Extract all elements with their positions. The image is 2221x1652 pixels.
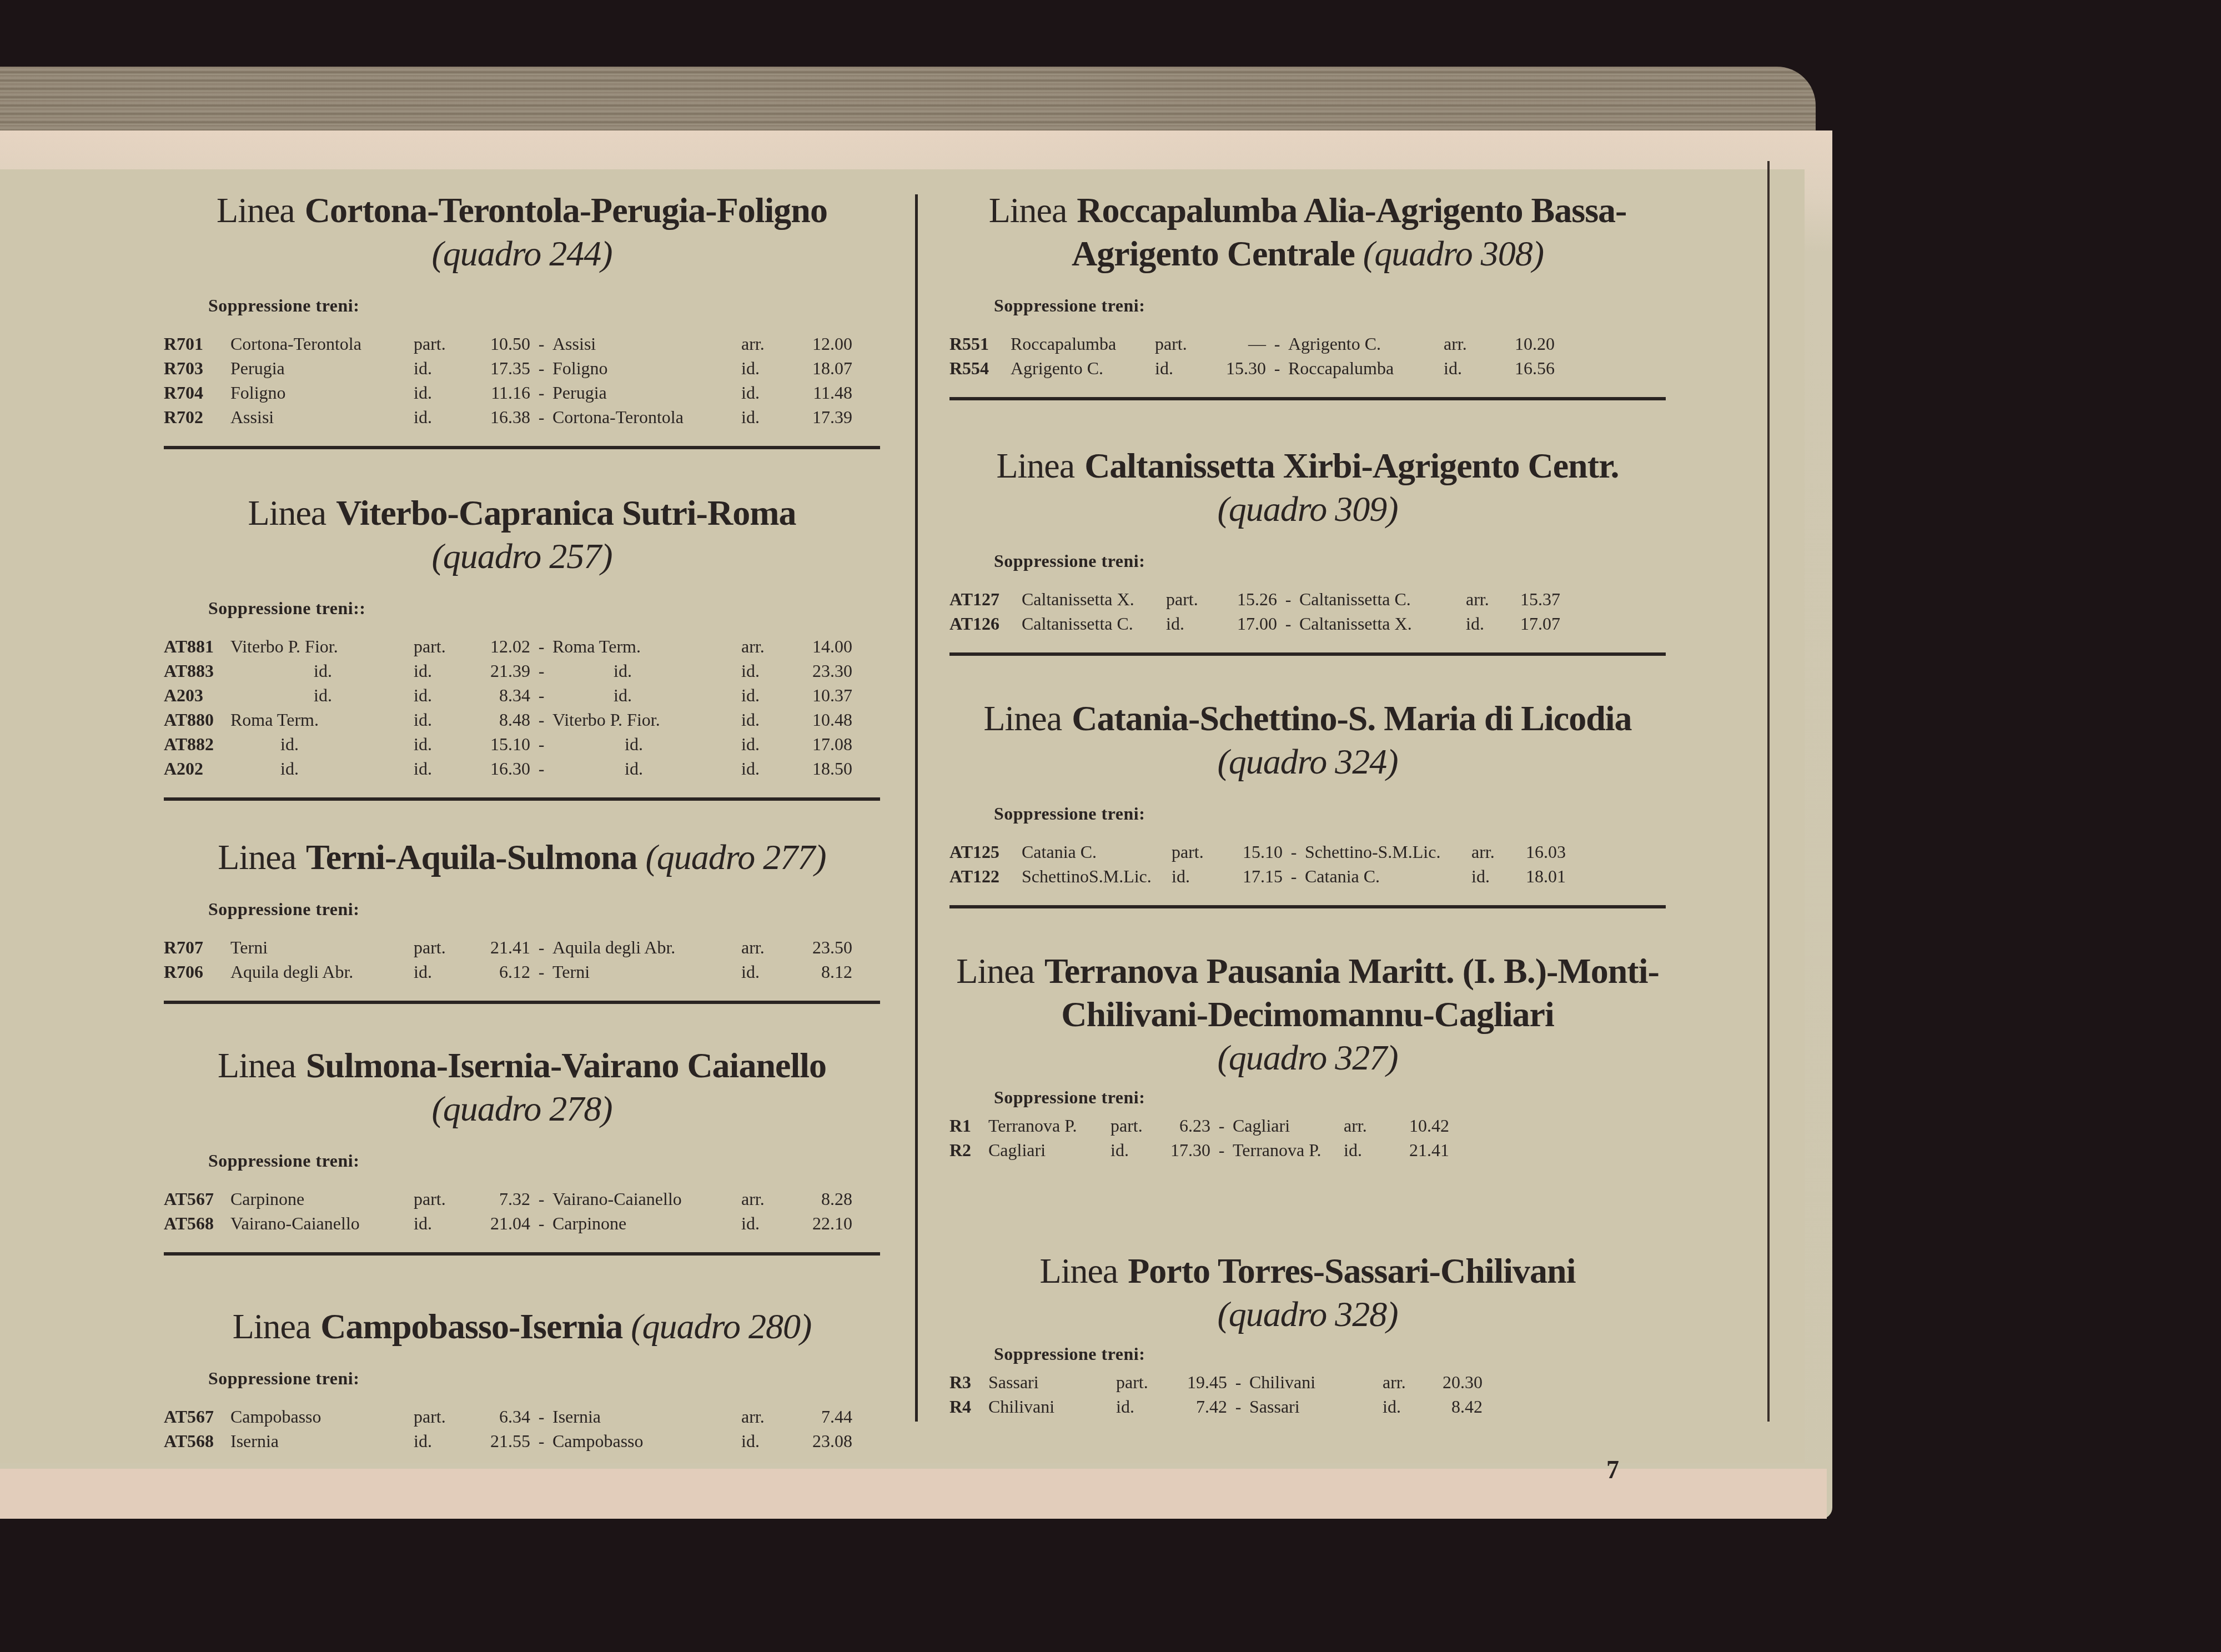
subhead: Soppressione treni: [208,1151,880,1171]
section-rule [949,652,1666,656]
train-row: AT127Caltanissetta X.part.15.26-Caltanis… [949,587,1666,611]
dep-label: id. [414,356,469,380]
from-station: Aquila degli Abr. [230,960,414,984]
page-bottom-margin [0,1469,1827,1519]
column-divider [915,194,918,1422]
train-list: AT125Catania C.part.15.10-Schettino-S.M.… [949,840,1666,888]
dep-label: id. [414,732,469,756]
line-section: LineaPorto Torres-Sassari-Chilivani (qua… [949,1238,1666,1419]
from-station: Vairano-Caianello [230,1211,414,1236]
train-row: A202id.id.16.30-id.id.18.50 [164,756,880,781]
dep-label: id. [1172,864,1222,888]
arr-label: id. [741,960,794,984]
to-station: Chilivani [1249,1370,1383,1394]
to-station: Roma Term. [552,634,741,659]
arr-time: 11.48 [794,380,852,405]
arr-label: id. [1344,1138,1394,1162]
arr-label: id. [741,732,794,756]
train-row: R551Roccapalumbapart.—-Agrigento C.arr.1… [949,332,1666,356]
arr-time: 8.42 [1427,1394,1483,1419]
section-rule [164,1252,880,1256]
line-name: Cortona-Terontola-Perugia-Foligno [305,190,827,230]
to-station: Sassari [1249,1394,1383,1419]
to-station: Perugia [552,380,741,405]
train-code: AT567 [164,1187,230,1211]
arr-label: id. [1466,611,1505,636]
arr-time: 8.12 [794,960,852,984]
arr-label: arr. [1383,1370,1427,1394]
section-rule [164,797,880,801]
train-code: AT568 [164,1429,230,1453]
train-code: R702 [164,405,230,429]
dep-label: id. [1166,611,1216,636]
subhead: Soppressione treni: [994,1087,1666,1108]
train-code: R701 [164,332,230,356]
from-station: Carpinone [230,1187,414,1211]
train-code: R706 [164,960,230,984]
dep-time: 17.15 [1222,864,1283,888]
train-list: R1Terranova P.part.6.23-Cagliariarr.10.4… [949,1113,1666,1162]
dep-label: part. [414,1404,469,1429]
linea-label: Linea [989,190,1067,230]
right-margin-line [1767,161,1770,1422]
section-rule [949,905,1666,908]
linea-label: Linea [1040,1251,1118,1291]
to-station: Catania C. [1305,864,1471,888]
train-list: R701Cortona-Terontolapart.10.50-Assisiar… [164,332,880,429]
to-station: Foligno [552,356,741,380]
dep-time: 21.04 [469,1211,530,1236]
to-station: Aquila degli Abr. [552,935,741,960]
to-station: Schettino-S.M.Lic. [1305,840,1471,864]
dep-label: part. [1155,332,1205,356]
linea-label: Linea [983,699,1062,738]
line-heading: LineaTerni-Aquila-Sulmona (quadro 277) [164,836,880,879]
subhead: Soppressione treni: [994,1344,1666,1364]
arr-time: 23.08 [794,1429,852,1453]
dep-label: part. [414,935,469,960]
train-code: R551 [949,332,1011,356]
line-heading: LineaRoccapalumba Alia-Agrigento Bassa-A… [949,189,1666,275]
quadro-ref: (quadro 328) [1217,1294,1398,1334]
dep-label: id. [414,380,469,405]
to-station: Terranova P. [1233,1138,1344,1162]
to-station: Caltanissetta C. [1299,587,1466,611]
to-station: id. [552,683,741,707]
arr-label: id. [741,405,794,429]
train-code: AT882 [164,732,230,756]
train-code: AT568 [164,1211,230,1236]
to-station: Roccapalumba [1288,356,1444,380]
line-section: LineaTerranova Pausania Maritt. (I. B.)-… [949,950,1666,1238]
train-row: AT125Catania C.part.15.10-Schettino-S.M.… [949,840,1666,864]
to-station: Vairano-Caianello [552,1187,741,1211]
train-code: AT127 [949,587,1022,611]
arr-time: 14.00 [794,634,852,659]
arr-label: id. [741,707,794,732]
train-list: AT881Viterbo P. Fior.part.12.02-Roma Ter… [164,634,880,781]
train-code: AT881 [164,634,230,659]
dep-time: 10.50 [469,332,530,356]
linea-label: Linea [233,1307,311,1346]
to-station: Caltanissetta X. [1299,611,1466,636]
dep-time: 8.34 [469,683,530,707]
dep-label: id. [414,405,469,429]
dep-time: — [1205,332,1266,356]
dep-time: 8.48 [469,707,530,732]
dep-label: id. [1110,1138,1160,1162]
train-list: AT567Carpinonepart.7.32-Vairano-Caianell… [164,1187,880,1236]
line-section: LineaTerni-Aquila-Sulmona (quadro 277) S… [164,836,880,1044]
train-row: AT122SchettinoS.M.Lic.id.17.15-Catania C… [949,864,1666,888]
dep-time: 12.02 [469,634,530,659]
dep-time: 17.35 [469,356,530,380]
line-heading: LineaTerranova Pausania Maritt. (I. B.)-… [949,950,1666,1079]
train-code: A202 [164,756,230,781]
dep-time: 16.30 [469,756,530,781]
train-row: AT881Viterbo P. Fior.part.12.02-Roma Ter… [164,634,880,659]
linea-label: Linea [956,951,1034,991]
arr-label: arr. [1344,1113,1394,1138]
section-rule [949,397,1666,400]
dep-label: id. [1116,1394,1166,1419]
arr-time: 17.08 [794,732,852,756]
train-list: R3Sassaripart.19.45-Chilivaniarr.20.30 R… [949,1370,1666,1419]
train-row: R701Cortona-Terontolapart.10.50-Assisiar… [164,332,880,356]
from-station: Caltanissetta X. [1022,587,1166,611]
arr-time: 10.37 [794,683,852,707]
train-code: AT567 [164,1404,230,1429]
line-heading: LineaCampobasso-Isernia (quadro 280) [164,1305,880,1348]
dep-time: 17.30 [1160,1138,1210,1162]
train-code: A203 [164,683,230,707]
subhead: Soppressione treni: [994,551,1666,571]
dep-time: 15.10 [469,732,530,756]
train-row: R703Perugiaid.17.35-Folignoid.18.07 [164,356,880,380]
quadro-ref: (quadro 278) [431,1089,612,1128]
dep-time: 21.55 [469,1429,530,1453]
arr-time: 18.07 [794,356,852,380]
arr-time: 10.20 [1494,332,1555,356]
arr-time: 17.07 [1505,611,1560,636]
from-station: Catania C. [1022,840,1172,864]
train-code: AT125 [949,840,1022,864]
quadro-ref: (quadro 244) [431,234,612,273]
arr-label: arr. [741,1187,794,1211]
to-station: Assisi [552,332,741,356]
dep-time: 21.39 [469,659,530,683]
linea-label: Linea [218,1046,296,1085]
from-station: id. [230,732,414,756]
to-station: id. [552,756,741,781]
train-list: R707Ternipart.21.41-Aquila degli Abr.arr… [164,935,880,984]
from-station: Cagliari [988,1138,1110,1162]
right-column: LineaRoccapalumba Alia-Agrigento Bassa-A… [949,189,1666,1419]
arr-label: id. [741,756,794,781]
train-code: R2 [949,1138,988,1162]
arr-time: 16.03 [1510,840,1566,864]
subhead: Soppressione treni: [208,899,880,920]
arr-time: 20.30 [1427,1370,1483,1394]
train-list: R551Roccapalumbapart.—-Agrigento C.arr.1… [949,332,1666,380]
subhead: Soppressione treni: [994,804,1666,824]
to-station: id. [552,732,741,756]
line-section: LineaCortona-Terontola-Perugia-Foligno (… [164,189,880,491]
left-column: LineaCortona-Terontola-Perugia-Foligno (… [164,189,880,1453]
from-station: Caltanissetta C. [1022,611,1166,636]
arr-time: 16.56 [1494,356,1555,380]
from-station: id. [230,756,414,781]
dep-label: part. [1110,1113,1160,1138]
line-name: Terni-Aquila-Sulmona [306,837,637,877]
to-station: Agrigento C. [1288,332,1444,356]
quadro-ref: (quadro 280) [631,1307,811,1346]
linea-label: Linea [218,837,296,877]
line-heading: LineaViterbo-Capranica Sutri-Roma (quadr… [164,491,880,578]
dep-time: 16.38 [469,405,530,429]
dep-label: part. [1116,1370,1166,1394]
train-code: AT880 [164,707,230,732]
dep-label: id. [414,659,469,683]
line-section: LineaRoccapalumba Alia-Agrigento Bassa-A… [949,189,1666,444]
dep-label: id. [414,756,469,781]
train-row: AT567Campobassopart.6.34-Iserniaarr.7.44 [164,1404,880,1429]
from-station: Assisi [230,405,414,429]
to-station: Cortona-Terontola [552,405,741,429]
train-row: R1Terranova P.part.6.23-Cagliariarr.10.4… [949,1113,1666,1138]
arr-time: 23.30 [794,659,852,683]
arr-label: arr. [1466,587,1505,611]
dep-label: id. [414,707,469,732]
dep-time: 6.34 [469,1404,530,1429]
dep-time: 15.30 [1205,356,1266,380]
from-station: Roma Term. [230,707,414,732]
arr-label: id. [741,683,794,707]
line-heading: LineaCatania-Schettino-S. Maria di Licod… [949,697,1666,784]
train-code: AT883 [164,659,230,683]
train-row: AT568Vairano-Caianelloid.21.04-Carpinone… [164,1211,880,1236]
linea-label: Linea [248,493,326,533]
train-row: AT882id.id.15.10-id.id.17.08 [164,732,880,756]
linea-label: Linea [996,446,1074,485]
line-section: LineaCaltanissetta Xirbi-Agrigento Centr… [949,444,1666,697]
train-row: AT568Iserniaid.21.55-Campobassoid.23.08 [164,1429,880,1453]
train-row: R706Aquila degli Abr.id.6.12-Terniid.8.1… [164,960,880,984]
arr-label: arr. [741,634,794,659]
arr-label: id. [741,1429,794,1453]
section-rule [164,446,880,449]
page-number: 7 [1606,1455,1619,1484]
quadro-ref: (quadro 257) [431,536,612,576]
arr-label: id. [1444,356,1494,380]
line-name: Caltanissetta Xirbi-Agrigento Centr. [1084,446,1619,485]
arr-label: arr. [741,332,794,356]
to-station: Terni [552,960,741,984]
section-rule [164,1001,880,1004]
train-list: AT127Caltanissetta X.part.15.26-Caltanis… [949,587,1666,636]
arr-time: 10.42 [1394,1113,1449,1138]
from-station: Terni [230,935,414,960]
dep-label: id. [414,1211,469,1236]
arr-label: id. [741,356,794,380]
arr-time: 18.01 [1510,864,1566,888]
line-name: Terranova Pausania Maritt. (I. B.)-Monti… [1044,951,1659,1034]
from-station: Chilivani [988,1394,1116,1419]
dep-label: id. [1155,356,1205,380]
from-station: Campobasso [230,1404,414,1429]
line-heading: LineaCaltanissetta Xirbi-Agrigento Centr… [949,444,1666,531]
arr-time: 23.50 [794,935,852,960]
train-row: R704Folignoid.11.16-Perugiaid.11.48 [164,380,880,405]
line-section: LineaViterbo-Capranica Sutri-Roma (quadr… [164,491,880,836]
arr-label: id. [741,380,794,405]
to-station: Isernia [552,1404,741,1429]
quadro-ref: (quadro 308) [1363,234,1544,273]
train-code: R704 [164,380,230,405]
train-code: AT122 [949,864,1022,888]
dep-label: part. [414,1187,469,1211]
arr-time: 8.28 [794,1187,852,1211]
to-station: Carpinone [552,1211,741,1236]
dep-label: id. [414,1429,469,1453]
to-station: Viterbo P. Fior. [552,707,741,732]
train-code: R554 [949,356,1011,380]
dep-time: 21.41 [469,935,530,960]
dep-time: 7.32 [469,1187,530,1211]
arr-time: 22.10 [794,1211,852,1236]
line-name: Sulmona-Isernia-Vairano Caianello [306,1046,826,1085]
from-station: Cortona-Terontola [230,332,414,356]
train-code: R707 [164,935,230,960]
to-station: id. [552,659,741,683]
arr-time: 12.00 [794,332,852,356]
arr-label: id. [741,1211,794,1236]
arr-time: 7.44 [794,1404,852,1429]
subhead: Soppressione treni:: [208,598,880,619]
quadro-ref: (quadro 324) [1217,742,1398,781]
dep-label: part. [414,634,469,659]
to-station: Cagliari [1233,1113,1344,1138]
arr-time: 10.48 [794,707,852,732]
arr-time: 15.37 [1505,587,1560,611]
from-station: Foligno [230,380,414,405]
dep-label: part. [1166,587,1216,611]
arr-label: id. [1471,864,1510,888]
line-section: LineaCampobasso-Isernia (quadro 280) Sop… [164,1288,880,1453]
arr-time: 17.39 [794,405,852,429]
quadro-ref: (quadro 277) [646,837,826,877]
to-station: Campobasso [552,1429,741,1453]
from-station: Roccapalumba [1011,332,1155,356]
subhead: Soppressione treni: [994,295,1666,316]
arr-time: 18.50 [794,756,852,781]
dep-time: 15.26 [1216,587,1277,611]
line-name: Porto Torres-Sassari-Chilivani [1128,1251,1575,1291]
arr-label: arr. [1471,840,1510,864]
dep-time: 15.10 [1222,840,1283,864]
dep-time: 6.23 [1160,1113,1210,1138]
from-station: Terranova P. [988,1113,1110,1138]
dep-label: part. [1172,840,1222,864]
dep-time: 17.00 [1216,611,1277,636]
from-station: Agrigento C. [1011,356,1155,380]
arr-label: id. [1383,1394,1427,1419]
train-row: AT880Roma Term.id.8.48-Viterbo P. Fior.i… [164,707,880,732]
dep-label: part. [414,332,469,356]
line-section: LineaSulmona-Isernia-Vairano Caianello (… [164,1044,880,1288]
line-heading: LineaSulmona-Isernia-Vairano Caianello (… [164,1044,880,1131]
line-name: Viterbo-Capranica Sutri-Roma [336,493,796,533]
line-name: Campobasso-Isernia [320,1307,622,1346]
train-row: R2Cagliariid.17.30-Terranova P.id.21.41 [949,1138,1666,1162]
subhead: Soppressione treni: [208,1368,880,1389]
quadro-ref: (quadro 309) [1217,489,1398,529]
dep-label: id. [414,683,469,707]
from-station: Sassari [988,1370,1116,1394]
train-row: AT567Carpinonepart.7.32-Vairano-Caianell… [164,1187,880,1211]
train-row: AT126Caltanissetta C.id.17.00-Caltanisse… [949,611,1666,636]
from-station: id. [230,659,414,683]
dep-time: 11.16 [469,380,530,405]
train-code: AT126 [949,611,1022,636]
from-station: id. [230,683,414,707]
line-heading: LineaCortona-Terontola-Perugia-Foligno (… [164,189,880,275]
train-code: R3 [949,1370,988,1394]
arr-label: id. [741,659,794,683]
train-row: R707Ternipart.21.41-Aquila degli Abr.arr… [164,935,880,960]
from-station: SchettinoS.M.Lic. [1022,864,1172,888]
quadro-ref: (quadro 327) [1217,1038,1398,1077]
train-code: R4 [949,1394,988,1419]
train-row: R554Agrigento C.id.15.30-Roccapalumbaid.… [949,356,1666,380]
train-row: R4Chilivaniid.7.42-Sassariid.8.42 [949,1394,1666,1419]
train-code: R1 [949,1113,988,1138]
line-name: Catania-Schettino-S. Maria di Licodia [1072,699,1631,738]
from-station: Perugia [230,356,414,380]
train-row: R702Assisiid.16.38-Cortona-Terontolaid.1… [164,405,880,429]
train-row: A203id.id.8.34-id.id.10.37 [164,683,880,707]
line-heading: LineaPorto Torres-Sassari-Chilivani (qua… [949,1249,1666,1336]
subhead: Soppressione treni: [208,295,880,316]
train-list: AT567Campobassopart.6.34-Iserniaarr.7.44… [164,1404,880,1453]
arr-label: arr. [1444,332,1494,356]
arr-label: arr. [741,935,794,960]
linea-label: Linea [217,190,295,230]
from-station: Isernia [230,1429,414,1453]
arr-time: 21.41 [1394,1138,1449,1162]
dep-label: id. [414,960,469,984]
line-section: LineaCatania-Schettino-S. Maria di Licod… [949,697,1666,950]
dep-time: 19.45 [1166,1370,1227,1394]
from-station: Viterbo P. Fior. [230,634,414,659]
train-row: AT883id.id.21.39-id.id.23.30 [164,659,880,683]
dep-time: 6.12 [469,960,530,984]
dep-time: 7.42 [1166,1394,1227,1419]
train-row: R3Sassaripart.19.45-Chilivaniarr.20.30 [949,1370,1666,1394]
train-code: R703 [164,356,230,380]
arr-label: arr. [741,1404,794,1429]
